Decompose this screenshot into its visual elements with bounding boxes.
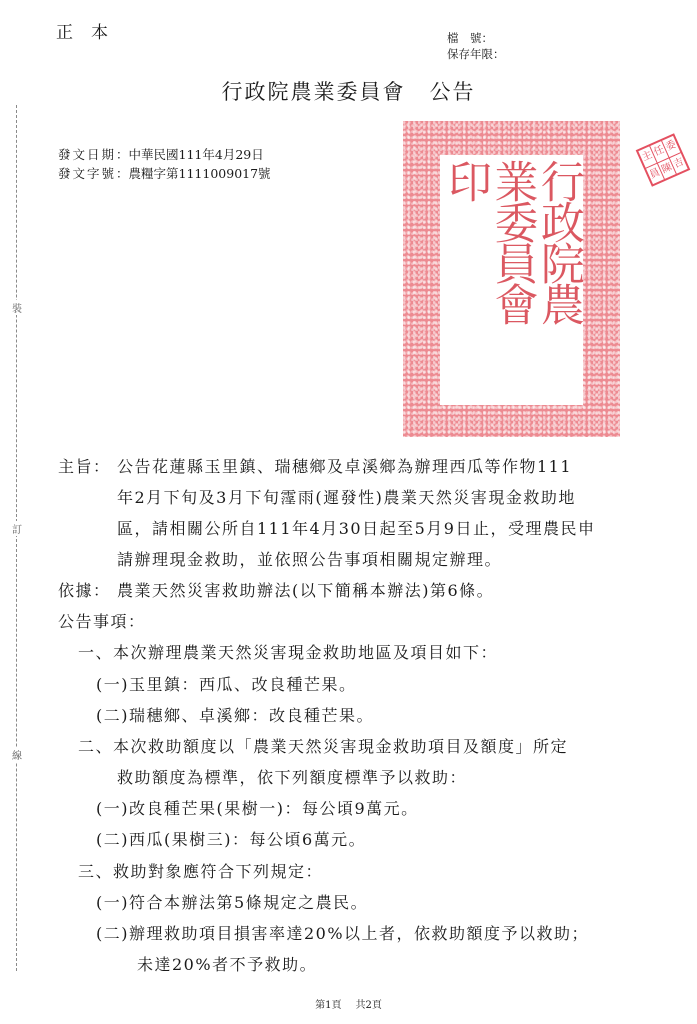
- file-meta: 檔 號： 保存年限：: [447, 30, 505, 62]
- seal-column: 印: [442, 159, 488, 401]
- colon: ：: [116, 147, 129, 162]
- page-title: 行政院農業委員會公告: [0, 76, 697, 106]
- seal-column: 業委員會: [488, 159, 534, 401]
- retention-row: 保存年限：: [447, 46, 505, 62]
- issue-date-value: 中華民國111年4月29日: [129, 147, 264, 162]
- issue-info: 發文日期：中華民國111年4月29日 發文字號：農糧字第1111009017號: [58, 145, 271, 183]
- item-3-sub-1: (一)符合本辦法第5條規定之農民。: [96, 888, 368, 918]
- issue-number-label: 發文字號: [58, 166, 116, 181]
- issue-date-label: 發文日期: [58, 147, 116, 162]
- items-heading: 公告事項：: [58, 607, 146, 637]
- subject-line: 公告花蓮縣玉里鎮、瑞穗鄉及卓溪鄉為辦理西瓜等作物111: [117, 452, 572, 482]
- item-1-sub-1: (一)玉里鎮：西瓜、改良種芒果。: [96, 670, 357, 700]
- binding-char-ding: 訂: [11, 521, 23, 536]
- copy-label: 正本: [56, 18, 126, 43]
- subject-label: 主旨：: [58, 452, 111, 482]
- official-seal-stamp: 行政院農 業委員會 印: [403, 121, 620, 437]
- seal-column: 行政院農: [535, 159, 581, 401]
- subject-line: 請辦理現金救助，並依照公告事項相關規定辦理。: [117, 545, 502, 575]
- agency-name: 行政院農業委員會: [222, 80, 406, 104]
- retention-label: 保存年限：: [447, 46, 505, 62]
- chairman-seal-stamp: 主 任 委 員 陳 吉: [636, 133, 691, 187]
- issue-number-row: 發文字號：農糧字第1111009017號: [58, 164, 271, 183]
- subject-line: 年2月下旬及3月下旬霪雨(遲發性)農業天然災害現金救助地: [117, 483, 576, 513]
- subject-line: 區，請相關公所自111年4月30日起至5月9日止，受理農民申: [117, 514, 595, 544]
- item-2: 二、本次救助額度以「農業天然災害現金救助項目及額度」所定: [78, 732, 568, 762]
- issue-date-row: 發文日期：中華民國111年4月29日: [58, 145, 271, 164]
- item-1-sub-2: (二)瑞穗鄉、卓溪鄉：改良種芒果。: [96, 701, 374, 731]
- issue-number-value: 農糧字第1111009017號: [129, 166, 271, 181]
- file-number-label: 檔 號：: [447, 30, 493, 46]
- basis-label: 依據：: [58, 576, 111, 606]
- basis-text: 農業天然災害救助辦法(以下簡稱本辦法)第6條。: [117, 576, 494, 606]
- page-current: 第1頁: [315, 1000, 341, 1011]
- file-number-row: 檔 號：: [447, 30, 505, 46]
- item-2-sub-1: (一)改良種芒果(果樹一)：每公頃9萬元。: [96, 794, 419, 824]
- binding-dashed-line: [16, 105, 18, 971]
- binding-char-xian: 線: [11, 747, 23, 762]
- item-3: 三、救助對象應符合下列規定：: [78, 857, 323, 887]
- item-2-sub-2: (二)西瓜(果樹三)：每公頃6萬元。: [96, 825, 366, 855]
- colon: ：: [116, 166, 129, 181]
- binding-char-zhuang: 裝: [11, 300, 23, 315]
- seal-inner: 行政院農 業委員會 印: [440, 155, 583, 405]
- item-3-sub-2: (二)辦理救助項目損害率達20%以上者，依救助額度予以救助；: [96, 919, 589, 949]
- item-3-sub-cont: 未達20%者不予救助。: [137, 950, 317, 980]
- page-total: 共2頁: [356, 1000, 382, 1011]
- item-2-cont: 救助額度為標準，依下列額度標準予以救助：: [117, 763, 467, 793]
- doc-type: 公告: [430, 80, 476, 104]
- page-footer: 第1頁共2頁: [0, 996, 697, 1011]
- item-1: 一、本次辦理農業天然災害現金救助地區及項目如下：: [78, 638, 498, 668]
